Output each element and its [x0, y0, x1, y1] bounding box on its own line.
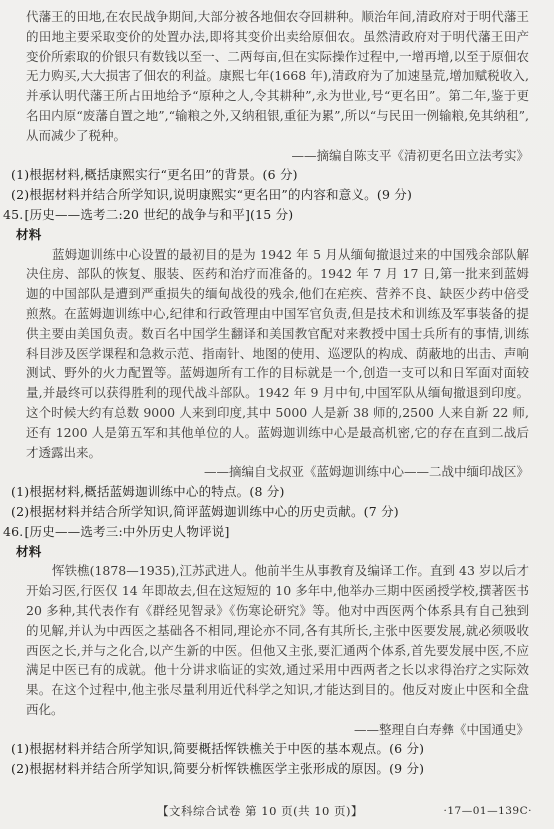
footer-paper-code: ·17—01—139C· [444, 802, 532, 820]
page-content: 代藩王的田地,在农民战争期间,大部分被各地佃农夺回耕种。顺治年间,清政府对于明代… [26, 7, 529, 779]
continuation-subquestion-1: (1)根据材料,概括康熙实行“更名田”的背景。(6 分) [11, 165, 529, 185]
page-footer: 【文科综合试卷 第 10 页(共 10 页)】 ·17—01—139C· [0, 802, 554, 820]
continuation-material-text: 代藩王的田地,在农民战争期间,大部分被各地佃农夺回耕种。顺治年间,清政府对于明代… [26, 7, 529, 146]
question-45-material-label: 材料 [16, 225, 529, 245]
question-45-subquestion-2: (2)根据材料并结合所学知识,简评蓝姆迦训练中心的历史贡献。(7 分) [11, 502, 529, 522]
question-45-citation: ——摘编自戈叔亚《蓝姆迦训练中心——二战中缅印战区》 [26, 462, 529, 482]
exam-paper-page: 代藩王的田地,在农民战争期间,大部分被各地佃农夺回耕种。顺治年间,清政府对于明代… [0, 0, 554, 829]
question-45-heading: 45.[历史——选考二:20 世纪的战争与和平](15 分) [3, 205, 529, 225]
question-45-number: 45. [3, 207, 23, 222]
question-46-material-label: 材料 [16, 542, 529, 562]
question-45-subquestion-1: (1)根据材料,概括蓝姆迦训练中心的特点。(8 分) [11, 482, 529, 502]
footer-page-info: 【文科综合试卷 第 10 页(共 10 页)】 [0, 802, 520, 820]
question-46-material-text: 恽铁樵(1878—1935),江苏武进人。他前半生从事教育及编译工作。直到 43… [26, 561, 529, 719]
question-46-citation: ——整理自白寿彝《中国通史》 [26, 720, 529, 740]
question-45-title: [历史——选考二:20 世纪的战争与和平](15 分) [24, 207, 293, 222]
continuation-subquestion-2: (2)根据材料并结合所学知识,说明康熙实“更名田”的内容和意义。(9 分) [11, 185, 529, 205]
question-46-subquestion-1: (1)根据材料并结合所学知识,简要概括恽铁樵关于中医的基本观点。(6 分) [11, 739, 529, 759]
question-46-number: 46. [3, 524, 23, 539]
continuation-citation: ——摘编自陈支平《清初更名田立法考实》 [26, 146, 529, 166]
question-46-title: [历史——选考三:中外历史人物评说] [24, 524, 229, 539]
question-46-heading: 46.[历史——选考三:中外历史人物评说] [3, 522, 529, 542]
question-45-material-text: 蓝姆迦训练中心设置的最初目的是为 1942 年 5 月从缅甸撤退过来的中国残余部… [26, 245, 529, 463]
question-46-subquestion-2: (2)根据材料并结合所学知识,简要分析恽铁樵医学主张形成的原因。(9 分) [11, 759, 529, 779]
